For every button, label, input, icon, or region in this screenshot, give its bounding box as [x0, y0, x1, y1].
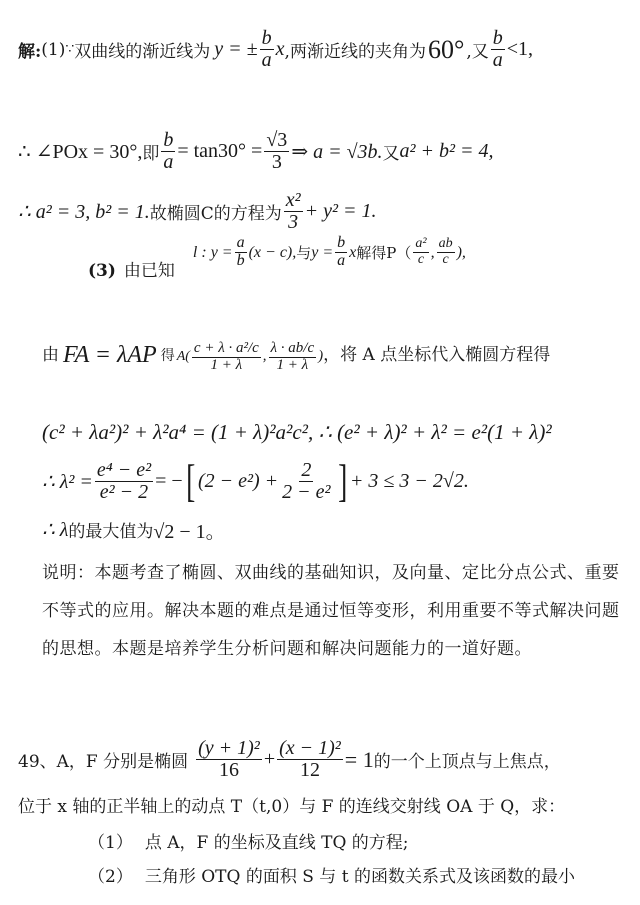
- question-label: （2）: [88, 862, 133, 887]
- math: + 3 ≤ 3 − 2√2.: [350, 470, 469, 493]
- vector-equation: FA = λAP: [63, 342, 157, 369]
- question-label: （1）: [88, 828, 133, 853]
- fraction: ba: [491, 28, 505, 71]
- text: 的最大值为: [68, 517, 153, 542]
- problem-number: 49、A，F 分别是椭圆: [18, 747, 188, 772]
- text: 双曲线的渐近线为: [74, 37, 210, 62]
- math: √2 − 1。: [153, 515, 225, 544]
- math: (c² + λa²)² + λ²a⁴ = (1 + λ)²a²c², ∴ (e²…: [42, 420, 552, 445]
- math: ⇒ a = √3b.: [291, 139, 382, 164]
- math: ∴ a² = 3, b² = 1.: [18, 199, 150, 224]
- text: ,又: [466, 37, 488, 62]
- text: 得: [161, 345, 175, 365]
- solution-line-1: 解: (1) ∵ 双曲线的渐近线为 y = ± ba x ,两渐近线的夹角为 6…: [18, 28, 533, 71]
- text: ,两渐近线的夹角为: [285, 37, 426, 62]
- fraction: λ · ab/c1 + λ: [269, 341, 317, 374]
- math: ∴ λ: [42, 517, 68, 542]
- angle-value: 60°: [428, 35, 464, 65]
- text: 的一个上顶点与上焦点，: [374, 747, 561, 772]
- fraction: e⁴ − e²e² − 2: [95, 460, 153, 503]
- question-text: 三角形 OTQ 的面积 S 与 t 的函数关系式及该函数的最小: [145, 862, 575, 887]
- math: A(: [177, 349, 190, 365]
- math: <1,: [507, 38, 533, 61]
- fraction: ba: [260, 28, 274, 71]
- question-1: （1） 点 A，F 的坐标及直线 TQ 的方程;: [88, 828, 409, 853]
- math: = 1: [345, 747, 374, 773]
- solution-line-7: ∴ λ² = e⁴ − e²e² − 2 = − [ (2 − e²) + 22…: [42, 458, 469, 504]
- text: 由: [42, 340, 59, 365]
- part-label: (1): [41, 40, 65, 60]
- fraction: 22 − e²: [280, 460, 332, 503]
- text: ，将 A 点坐标代入椭圆方程得: [323, 340, 550, 365]
- fraction: x²3: [284, 190, 303, 233]
- part-label: (3): [88, 261, 116, 281]
- math: = −: [155, 470, 183, 493]
- math: x: [276, 38, 285, 61]
- text: 故椭圆C的方程为: [150, 199, 282, 224]
- question-2: （2） 三角形 OTQ 的面积 S 与 t 的函数关系式及该函数的最小: [88, 862, 575, 887]
- math: = tan30° =: [177, 140, 262, 163]
- solution-line-6: (c² + λa²)² + λ²a⁴ = (1 + λ)²a²c², ∴ (e²…: [42, 420, 552, 445]
- solution-prefix: 解:: [18, 37, 41, 62]
- left-bracket: [: [186, 458, 195, 504]
- problem-49-line-1: 49、A，F 分别是椭圆 (y + 1)²16 + (x − 1)²12 = 1…: [18, 738, 561, 781]
- line-intersection: l : y = ab (x − c), 与 y = ba x 解得P（ a²c …: [193, 235, 466, 270]
- math: (2 − e²) +: [198, 470, 278, 493]
- problem-49-line-2: 位于 x 轴的正半轴上的动点 T（t,0）与 F 的连线交射线 OA 于 Q，求…: [18, 792, 565, 817]
- solution-line-4: (3) 由已知 l : y = ab (x − c), 与 y = ba x 解…: [88, 256, 466, 283]
- solution-line-8: ∴ λ 的最大值为 √2 − 1。: [42, 515, 226, 544]
- solution-line-3: ∴ a² = 3, b² = 1. 故椭圆C的方程为 x²3 + y² = 1.: [18, 190, 376, 233]
- text: 又: [383, 139, 400, 164]
- math: ∴ ∠POx = 30°,: [18, 139, 142, 164]
- text: 由已知: [124, 256, 175, 281]
- right-bracket: ]: [338, 458, 347, 504]
- fraction: (x − 1)²12: [277, 738, 343, 781]
- solution-line-5: 由 FA = λAP 得 A( c + λ · a²/c1 + λ , λ · …: [42, 340, 550, 375]
- text: 即: [142, 139, 159, 164]
- math: + y² = 1.: [305, 200, 377, 223]
- math: a² + b² = 4,: [400, 140, 494, 163]
- math: ∴ λ² =: [42, 469, 93, 494]
- math: y = ±: [214, 38, 257, 61]
- because-symbol: ∵: [65, 41, 74, 58]
- question-text: 点 A，F 的坐标及直线 TQ 的方程;: [145, 828, 409, 853]
- explanation-note: 说明：本题考查了椭圆、双曲线的基础知识，及向量、定比分点公式、重要不等式的应用。…: [42, 554, 627, 668]
- solution-line-2: ∴ ∠POx = 30°, 即 ba = tan30° = √33 ⇒ a = …: [18, 130, 494, 173]
- fraction: c + λ · a²/c1 + λ: [192, 341, 261, 374]
- fraction: √33: [264, 130, 289, 173]
- fraction: (y + 1)²16: [196, 738, 262, 781]
- fraction: ba: [161, 130, 175, 173]
- math: +: [264, 748, 275, 771]
